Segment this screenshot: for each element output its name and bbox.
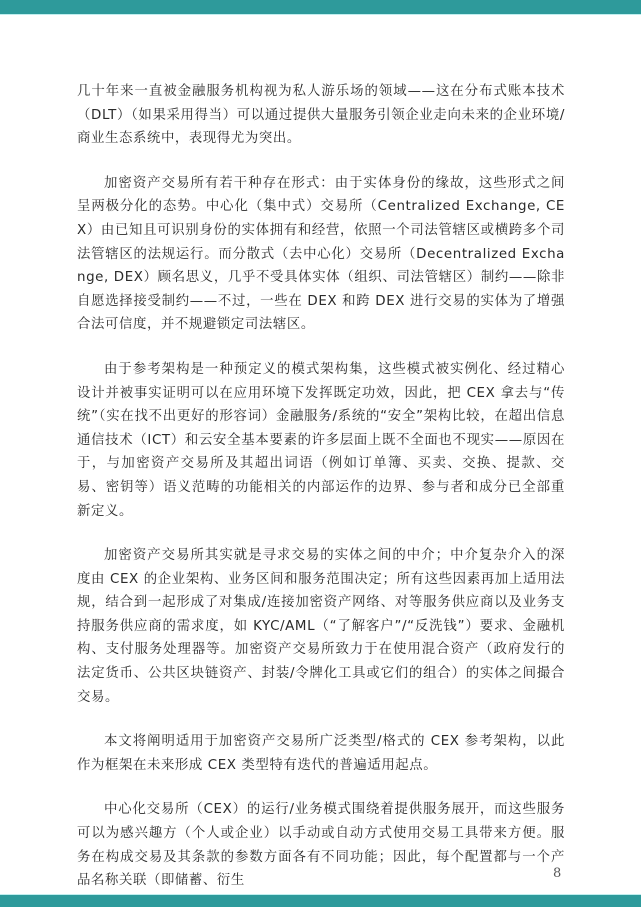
page-number: 8 xyxy=(553,866,561,881)
document-body: 几十年来一直被金融服务机构视为私人游乐场的领域——这在分布式账本技术（DLT）（… xyxy=(77,80,565,893)
paragraph-4: 加密资产交易所其实就是寻求交易的实体之间的中介；中介复杂介入的深度由 CEX 的… xyxy=(77,544,565,709)
paragraph-5: 本文将阐明适用于加密资产交易所广泛类型/格式的 CEX 参考架构，以此作为框架在… xyxy=(77,730,565,777)
paragraph-gap xyxy=(77,337,565,358)
paragraph-1: 几十年来一直被金融服务机构视为私人游乐场的领域——这在分布式账本技术（DLT）（… xyxy=(77,80,565,151)
paragraph-2: 加密资产交易所有若干种存在形式：由于实体身份的缘故，这些形式之间呈两极分化的态势… xyxy=(77,172,565,337)
paragraph-6: 中心化交易所（CEX）的运行/业务模式围绕着提供服务展开，而这些服务可以为感兴趣… xyxy=(77,798,565,892)
paragraph-3: 由于参考架构是一种预定义的模式架构集，这些模式被实例化、经过精心设计并被事实证明… xyxy=(77,358,565,523)
paragraph-gap xyxy=(77,709,565,730)
paragraph-gap xyxy=(77,523,565,544)
paragraph-gap xyxy=(77,777,565,798)
paragraph-gap xyxy=(77,151,565,172)
header-accent-bar xyxy=(0,0,641,15)
footer-accent-bar xyxy=(0,894,641,907)
